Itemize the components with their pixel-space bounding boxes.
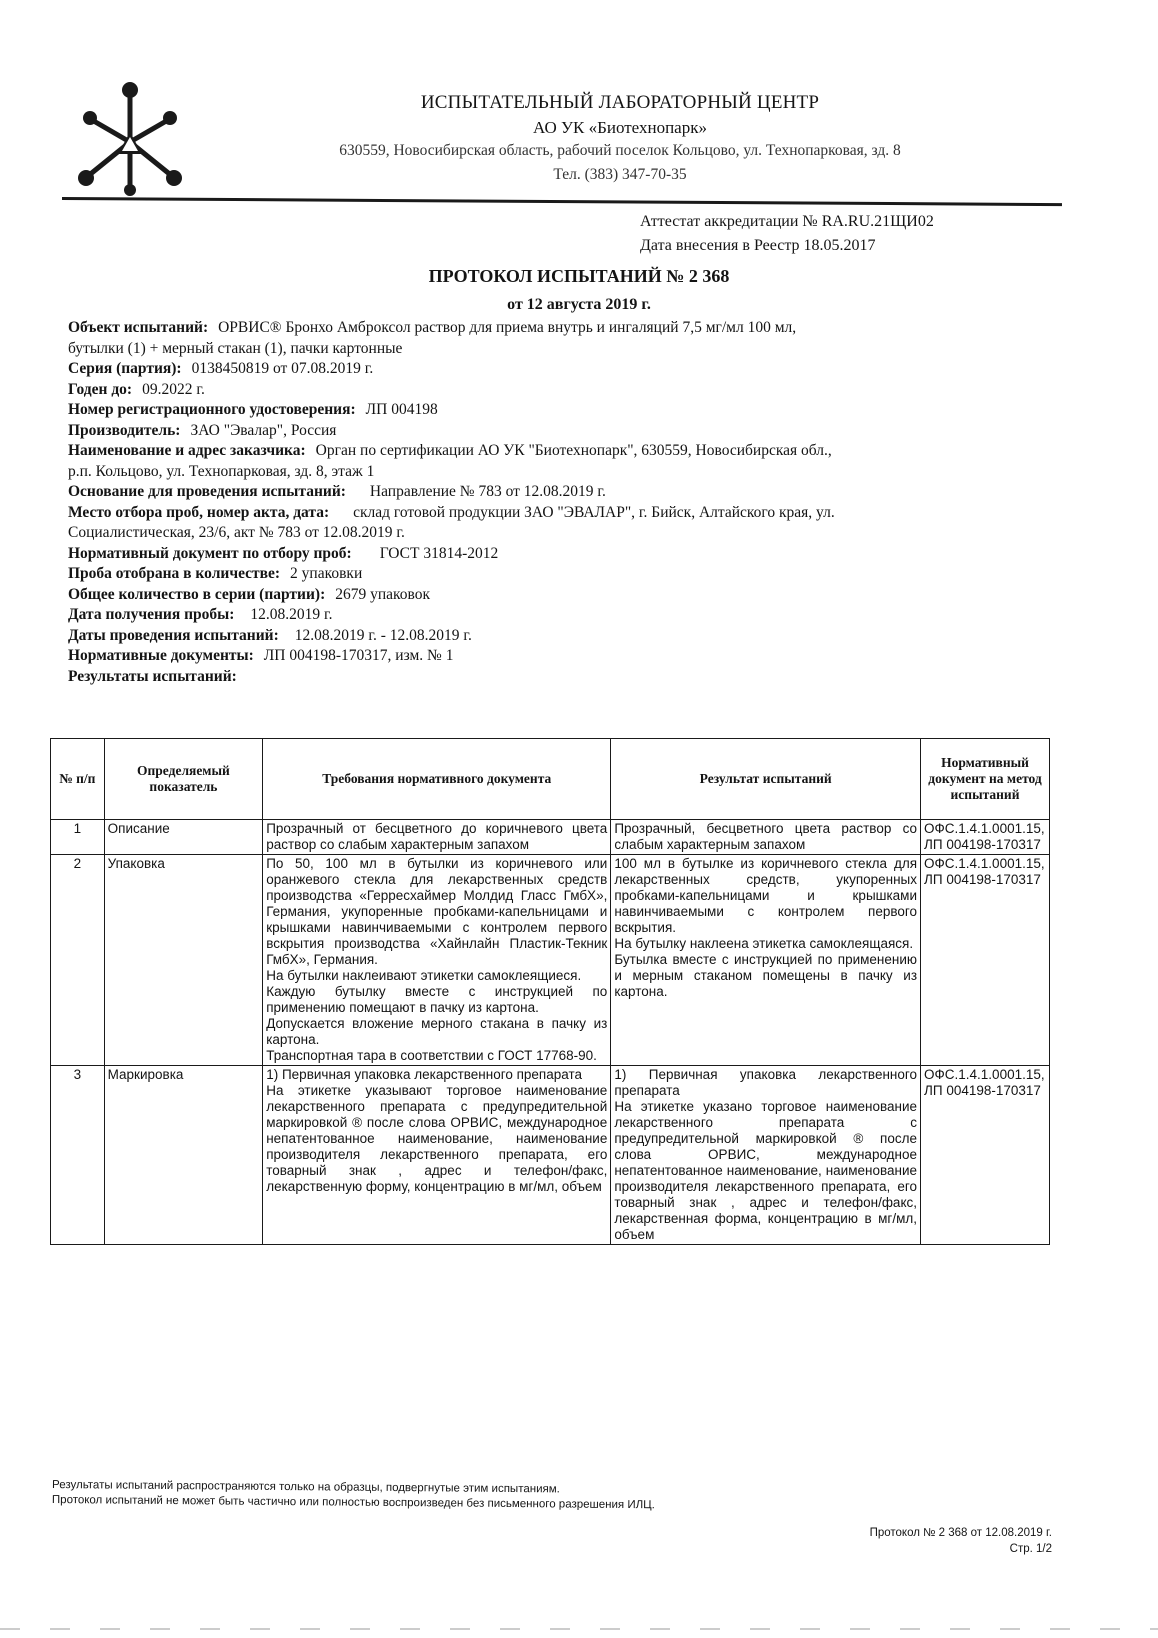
field-label: Проба отобрана в количестве: [68, 565, 280, 582]
requirement-text: Транспортная тара в соответствии с ГОСТ … [266, 1048, 607, 1064]
results-heading: Результаты испытаний: [68, 667, 1008, 688]
col-header-indicator: Определяемый показатель [104, 739, 263, 820]
field-label: Место отбора проб, номер акта, дата: [68, 504, 329, 521]
protocol-title: ПРОТОКОЛ ИСПЫТАНИЙ № 2 368 [0, 266, 1158, 287]
accreditation-certificate: Аттестат аккредитации № RA.RU.21ЩИ02 [640, 210, 934, 234]
cell-method-doc: ОФС.1.4.1.0001.15, ЛП 004198-170317 [921, 855, 1050, 1066]
field-label: Серия (партия): [68, 360, 182, 377]
field-sampling-place-cont: Социалистическая, 23/6, акт № 783 от 12.… [68, 523, 1008, 544]
footer-notes: Результаты испытаний распространяются то… [52, 1478, 655, 1513]
field-label: Нормативные документы: [68, 647, 254, 664]
result-text: Бутылка вместе с инструкцией по применен… [614, 952, 917, 1000]
cell-requirement: Прозрачный от бесцветного до коричневого… [263, 820, 611, 855]
field-label: Годен до: [68, 381, 132, 398]
cell-requirement: По 50, 100 мл в бутылки из коричневого и… [263, 855, 611, 1066]
requirement-text: Допускается вложение мерного стакана в п… [266, 1016, 607, 1048]
field-test-dates: Даты проведения испытаний:12.08.2019 г. … [68, 626, 1008, 647]
protocol-fields: Объект испытаний:ОРВИС® Бронхо Амброксол… [68, 318, 1008, 687]
cell-num: 1 [51, 820, 105, 855]
cell-requirement: 1) Первичная упаковка лекарственного пре… [263, 1066, 611, 1245]
molecule-logo-icon [70, 80, 190, 200]
field-label: Нормативный документ по отбору проб: [68, 545, 352, 562]
field-label: Дата получения пробы: [68, 606, 234, 623]
protocol-reference: Протокол № 2 368 от 12.08.2019 г. [820, 1525, 1052, 1541]
field-value: 2 упаковки [290, 565, 362, 582]
cell-num: 3 [51, 1066, 105, 1245]
cell-num: 2 [51, 855, 105, 1066]
requirement-text: По 50, 100 мл в бутылки из коричневого и… [266, 856, 607, 968]
table-row: 1 Описание Прозрачный от бесцветного до … [51, 820, 1050, 855]
cell-indicator: Описание [104, 820, 263, 855]
requirement-text: Прозрачный от бесцветного до коричневого… [266, 821, 607, 853]
organization-name: АО УК «Биотехнопарк» [240, 118, 1000, 138]
table-row: 3 Маркировка 1) Первичная упаковка лекар… [51, 1066, 1050, 1245]
accreditation-block: Аттестат аккредитации № RA.RU.21ЩИ02 Дат… [640, 210, 934, 258]
field-value: Направление № 783 от 12.08.2019 г. [370, 483, 606, 500]
field-customer-cont: р.п. Кольцово, ул. Технопарковая, зд. 8,… [68, 462, 1008, 483]
lab-center-title: ИСПЫТАТЕЛЬНЫЙ ЛАБОРАТОРНЫЙ ЦЕНТР [240, 92, 1000, 114]
field-value: ЗАО "Эвалар", Россия [190, 422, 336, 439]
field-label: Объект испытаний: [68, 319, 208, 336]
field-label: Основание для проведения испытаний: [68, 483, 346, 500]
table-row: 2 Упаковка По 50, 100 мл в бутылки из ко… [51, 855, 1050, 1066]
cell-result: 1) Первичная упаковка лекарственного пре… [611, 1066, 921, 1245]
field-value: ГОСТ 31814-2012 [380, 545, 499, 562]
col-header-requirement: Требования нормативного документа [263, 739, 611, 820]
field-value: ЛП 004198 [366, 401, 438, 418]
field-label: Общее количество в серии (партии): [68, 586, 325, 603]
col-header-method-doc: Нормативный документ на метод испытаний [921, 739, 1050, 820]
field-value: склад готовой продукции ЗАО "ЭВАЛАР", г.… [353, 504, 835, 521]
registry-date: Дата внесения в Реестр 18.05.2017 [640, 234, 934, 258]
field-label: Наименование и адрес заказчика: [68, 442, 306, 459]
field-value: 12.08.2019 г. [250, 606, 332, 623]
page-number: Стр. 1/2 [820, 1541, 1052, 1557]
cell-indicator: Упаковка [104, 855, 263, 1066]
result-text: 100 мл в бутылке из коричневого стекла д… [614, 856, 917, 936]
field-value: 09.2022 г. [142, 381, 205, 398]
field-value: Орган по сертификации АО УК "Биотехнопар… [316, 442, 832, 459]
field-label: Номер регистрационного удостоверения: [68, 401, 356, 418]
field-registration: Номер регистрационного удостоверения:ЛП … [68, 400, 1008, 421]
requirement-text: 1) Первичная упаковка лекарственного пре… [266, 1067, 607, 1083]
field-received: Дата получения пробы:12.08.2019 г. [68, 605, 1008, 626]
field-object-cont: бутылки (1) + мерный стакан (1), пачки к… [68, 339, 1008, 360]
col-header-result: Результат испытаний [611, 739, 921, 820]
col-header-num: № п/п [51, 739, 105, 820]
cell-result: 100 мл в бутылке из коричневого стекла д… [611, 855, 921, 1066]
cell-method-doc: ОФС.1.4.1.0001.15, ЛП 004198-170317 [921, 820, 1050, 855]
field-series: Серия (партия):0138450819 от 07.08.2019 … [68, 359, 1008, 380]
field-object: Объект испытаний:ОРВИС® Бронхо Амброксол… [68, 318, 1008, 339]
result-text: Прозрачный, бесцветного цвета раствор со… [614, 821, 917, 853]
field-manufacturer: Производитель:ЗАО "Эвалар", Россия [68, 421, 1008, 442]
field-label: Производитель: [68, 422, 180, 439]
result-text: На бутылку наклеена этикетка самоклеящая… [614, 936, 917, 952]
protocol-date: от 12 августа 2019 г. [0, 296, 1158, 314]
cell-indicator: Маркировка [104, 1066, 263, 1245]
field-value: ОРВИС® Бронхо Амброксол раствор для прие… [218, 319, 796, 336]
field-norm-docs: Нормативные документы:ЛП 004198-170317, … [68, 646, 1008, 667]
field-sampling-doc: Нормативный документ по отбору проб:ГОСТ… [68, 544, 1008, 565]
field-value: 2679 упаковок [335, 586, 430, 603]
field-value: ЛП 004198-170317, изм. № 1 [264, 647, 454, 664]
footer-reference: Протокол № 2 368 от 12.08.2019 г. Стр. 1… [820, 1525, 1052, 1557]
requirement-text: На бутылки наклеивают этикетки самоклеящ… [266, 968, 607, 984]
field-basis: Основание для проведения испытаний:Напра… [68, 482, 1008, 503]
results-table: № п/п Определяемый показатель Требования… [50, 738, 1050, 1245]
organization-address: 630559, Новосибирская область, рабочий п… [240, 142, 1000, 160]
field-sampling-place: Место отбора проб, номер акта, дата:скла… [68, 503, 1008, 524]
header-divider [62, 197, 1062, 206]
organization-phone: Тел. (383) 347-70-35 [240, 166, 1000, 184]
requirement-text: Каждую бутылку вместе с инструкцией по п… [266, 984, 607, 1016]
field-customer: Наименование и адрес заказчика:Орган по … [68, 441, 1008, 462]
field-expiry: Годен до:09.2022 г. [68, 380, 1008, 401]
result-text: На этикетке указано торговое наименовани… [614, 1099, 917, 1243]
table-header-row: № п/п Определяемый показатель Требования… [51, 739, 1050, 820]
field-label: Даты проведения испытаний: [68, 627, 279, 644]
field-sample-qty: Проба отобрана в количестве:2 упаковки [68, 564, 1008, 585]
field-value: 0138450819 от 07.08.2019 г. [192, 360, 374, 377]
scan-artifact [0, 1628, 1158, 1630]
cell-method-doc: ОФС.1.4.1.0001.15, ЛП 004198-170317 [921, 1066, 1050, 1245]
cell-result: Прозрачный, бесцветного цвета раствор со… [611, 820, 921, 855]
field-value: 12.08.2019 г. - 12.08.2019 г. [295, 627, 472, 644]
field-batch-qty: Общее количество в серии (партии):2679 у… [68, 585, 1008, 606]
requirement-text: На этикетке указывают торговое наименова… [266, 1083, 607, 1195]
result-text: 1) Первичная упаковка лекарственного пре… [614, 1067, 917, 1099]
